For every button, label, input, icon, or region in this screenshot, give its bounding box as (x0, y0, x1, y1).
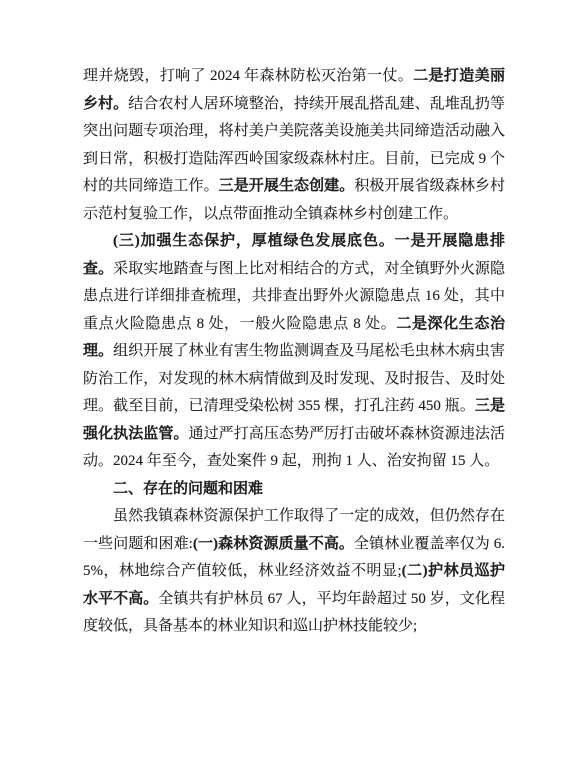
text-run: 组织开展了林业有害生物监测调查及马尾松毛虫林木病虫害防治工作，对发现的林木病情做… (83, 343, 505, 414)
body-paragraph: 虽然我镇森林资源保护工作取得了一定的成效，但仍然存在一些问题和困难:(一)森林资… (83, 503, 505, 641)
text-run: 理并烧毁，打响了 2024 年森林防松灭治第一仗。 (83, 68, 413, 84)
section-heading-text: 二、存在的问题和困难 (113, 481, 263, 497)
bold-subhead-run: (三)加强生态保护，厚植绿色发展底色。 (113, 233, 395, 249)
bold-subhead-run: (一)森林资源质量不高。 (193, 536, 354, 552)
document-page: 理并烧毁，打响了 2024 年森林防松灭治第一仗。二是打造美丽乡村。结合农村人居… (0, 0, 586, 759)
body-paragraph: (三)加强生态保护，厚植绿色发展底色。一是开展隐患排查。采取实地踏查与图上比对相… (83, 228, 505, 476)
document-text-block: 理并烧毁，打响了 2024 年森林防松灭治第一仗。二是打造美丽乡村。结合农村人居… (83, 63, 505, 641)
bold-subhead-run: 三是开展生态创建。 (219, 178, 355, 194)
body-paragraph: 理并烧毁，打响了 2024 年森林防松灭治第一仗。二是打造美丽乡村。结合农村人居… (83, 63, 505, 228)
section-heading: 二、存在的问题和困难 (83, 476, 505, 504)
